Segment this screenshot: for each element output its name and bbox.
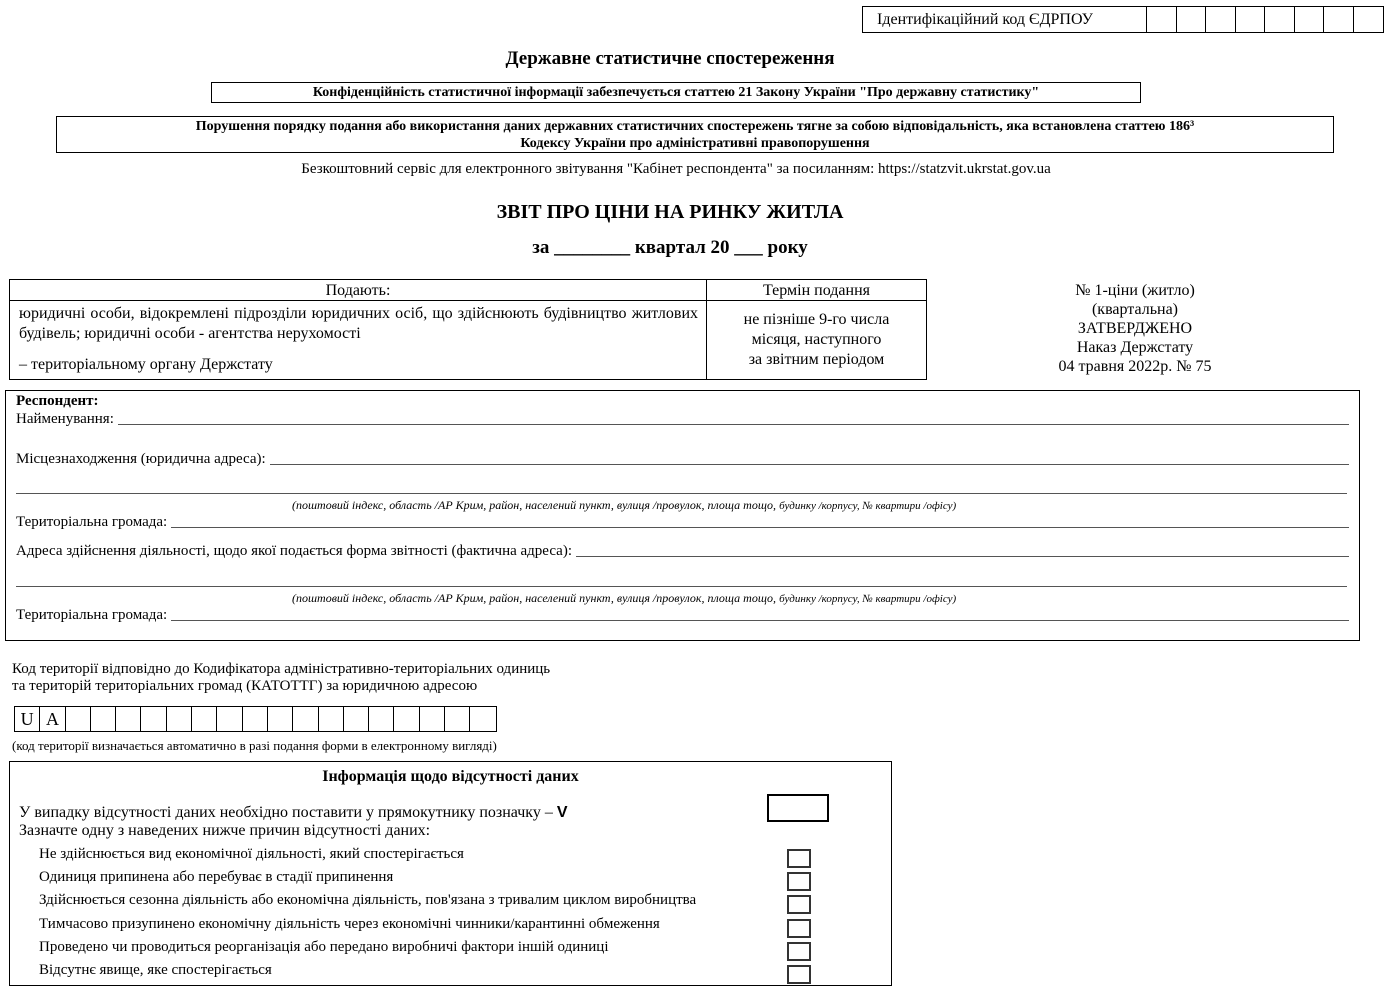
confidentiality-notice: Конфіденційність статистичної інформації… [211, 82, 1141, 103]
form-number: № 1-ціни (житло) [1040, 281, 1230, 300]
missing-reason-checkbox[interactable] [787, 942, 811, 961]
missing-data-section: Інформація щодо відсутності даних У випа… [9, 761, 892, 986]
missing-reason-checkbox[interactable] [787, 965, 811, 984]
address-hint: (поштовий індекс, область /АР Крим, райо… [292, 498, 956, 513]
community-label-2: Територіальна громада: [16, 607, 171, 624]
violation-notice-line1: Порушення порядку подання або використан… [57, 118, 1333, 135]
katottg-code-cell[interactable] [116, 707, 141, 731]
submitters-text: юридичні особи, відокремлені підрозділи … [19, 304, 698, 344]
no-data-checkbox[interactable] [767, 794, 829, 822]
katottg-code-cell[interactable] [369, 707, 394, 731]
missing-reason-label: Одиниця припинена або перебуває в стадії… [39, 869, 393, 886]
actual-address-input-line-2[interactable] [16, 586, 1347, 587]
missing-reason-checkbox[interactable] [787, 872, 811, 891]
katottg-code-cell[interactable] [268, 707, 293, 731]
katottg-code-cell[interactable] [192, 707, 217, 731]
missing-reason-label: Тимчасово призупинено економічну діяльні… [39, 916, 660, 933]
form-periodicity: (квартальна) [1040, 300, 1230, 319]
missing-reason-label: Здійснюється сезонна діяльність або екон… [39, 892, 696, 909]
katottg-code-cell[interactable] [217, 707, 242, 731]
legal-address-input-line-2[interactable] [16, 493, 1347, 494]
legal-address-label: Місцезнаходження (юридична адреса): [16, 451, 270, 468]
form-date: 04 травня 2022р. № 75 [1040, 357, 1230, 376]
submitters-column: Подають: юридичні особи, відокремлені пі… [10, 280, 707, 379]
form-approval-info: № 1-ціни (житло) (квартальна) ЗАТВЕРДЖЕН… [1040, 281, 1230, 376]
checkmark-symbol: V [557, 804, 568, 821]
edrpou-digit-cell[interactable] [1295, 7, 1325, 32]
katottg-note: (код території визначається автоматично … [12, 738, 497, 754]
missing-data-instruction: У випадку відсутності даних необхідно по… [19, 804, 567, 840]
katottg-code-cell[interactable] [167, 707, 192, 731]
community-label: Територіальна громада: [16, 514, 171, 531]
actual-address-input-line[interactable] [576, 545, 1349, 557]
community-input-line-2[interactable] [171, 609, 1349, 621]
deadline-line: не пізніше 9-го числа [707, 310, 926, 330]
respondent-heading: Респондент: [16, 393, 103, 410]
katottg-code-cell[interactable] [470, 707, 495, 731]
katottg-code-field: UA [14, 706, 497, 732]
katottg-code-cell[interactable] [344, 707, 369, 731]
actual-address-label: Адреса здійснення діяльності, щодо якої … [16, 543, 576, 560]
katottg-code-cell[interactable] [243, 707, 268, 731]
missing-data-heading: Інформація щодо відсутності даних [10, 768, 891, 786]
service-notice: Безкоштовний сервіс для електронного зві… [0, 161, 1352, 178]
edrpou-digit-cell[interactable] [1206, 7, 1236, 32]
edrpou-digit-cell[interactable] [1324, 7, 1354, 32]
submitters-header: Подають: [10, 280, 706, 301]
submitters-table: Подають: юридичні особи, відокремлені пі… [9, 279, 927, 380]
address-hint: (поштовий індекс, область /АР Крим, райо… [292, 591, 956, 606]
katottg-code-cell[interactable] [66, 707, 91, 731]
katottg-label: Код території відповідно до Кодифікатора… [12, 661, 550, 695]
report-title: ЗВІТ ПРО ЦІНИ НА РИНКУ ЖИТЛА [0, 201, 1340, 224]
name-label: Найменування: [16, 411, 118, 428]
katottg-code-cell[interactable] [91, 707, 116, 731]
katottg-code-cell[interactable]: A [40, 707, 65, 731]
edrpou-digit-cell[interactable] [1354, 7, 1384, 32]
missing-reason-label: Не здійснюється вид економічної діяльнос… [39, 846, 464, 863]
deadline-header: Термін подання [707, 280, 926, 301]
name-input-line[interactable] [118, 413, 1349, 425]
missing-reason-checkbox[interactable] [787, 895, 811, 914]
deadline-line: за звітним періодом [707, 350, 926, 370]
legal-address-input-line[interactable] [270, 453, 1349, 465]
report-period: за ________ квартал 20 ___ року [0, 237, 1340, 259]
edrpou-code-field: Ідентифікаційний код ЄДРПОУ [862, 6, 1384, 33]
missing-reason-label: Відсутнє явище, яке спостерігається [39, 962, 272, 979]
violation-notice: Порушення порядку подання або використан… [56, 116, 1334, 153]
edrpou-digit-cell[interactable] [1265, 7, 1295, 32]
form-order: Наказ Держстату [1040, 338, 1230, 357]
katottg-code-cell[interactable] [420, 707, 445, 731]
violation-notice-line2: Кодексу України про адміністративні прав… [57, 135, 1333, 152]
deadline-line: місяця, наступного [707, 330, 926, 350]
submitters-recipient: – територіальному органу Держстату [19, 355, 698, 375]
missing-reason-checkbox[interactable] [787, 849, 811, 868]
community-input-line[interactable] [171, 516, 1349, 528]
edrpou-digit-cell[interactable] [1236, 7, 1266, 32]
form-approved: ЗАТВЕРДЖЕНО [1040, 319, 1230, 338]
katottg-code-cell[interactable]: U [15, 707, 40, 731]
katottg-code-cell[interactable] [445, 707, 470, 731]
deadline-column: Термін подання не пізніше 9-го числа міс… [707, 280, 926, 379]
respondent-section: Респондент: Найменування: Місцезнаходжен… [5, 390, 1360, 641]
observation-title: Державне статистичне спостереження [0, 48, 1340, 70]
missing-reason-checkbox[interactable] [787, 919, 811, 938]
edrpou-digit-cell[interactable] [1147, 7, 1177, 32]
edrpou-digit-cell[interactable] [1177, 7, 1207, 32]
missing-reason-label: Проведено чи проводиться реорганізація а… [39, 939, 608, 956]
edrpou-label: Ідентифікаційний код ЄДРПОУ [863, 7, 1147, 32]
katottg-code-cell[interactable] [394, 707, 419, 731]
katottg-code-cell[interactable] [141, 707, 166, 731]
katottg-code-cell[interactable] [319, 707, 344, 731]
katottg-code-cell[interactable] [293, 707, 318, 731]
